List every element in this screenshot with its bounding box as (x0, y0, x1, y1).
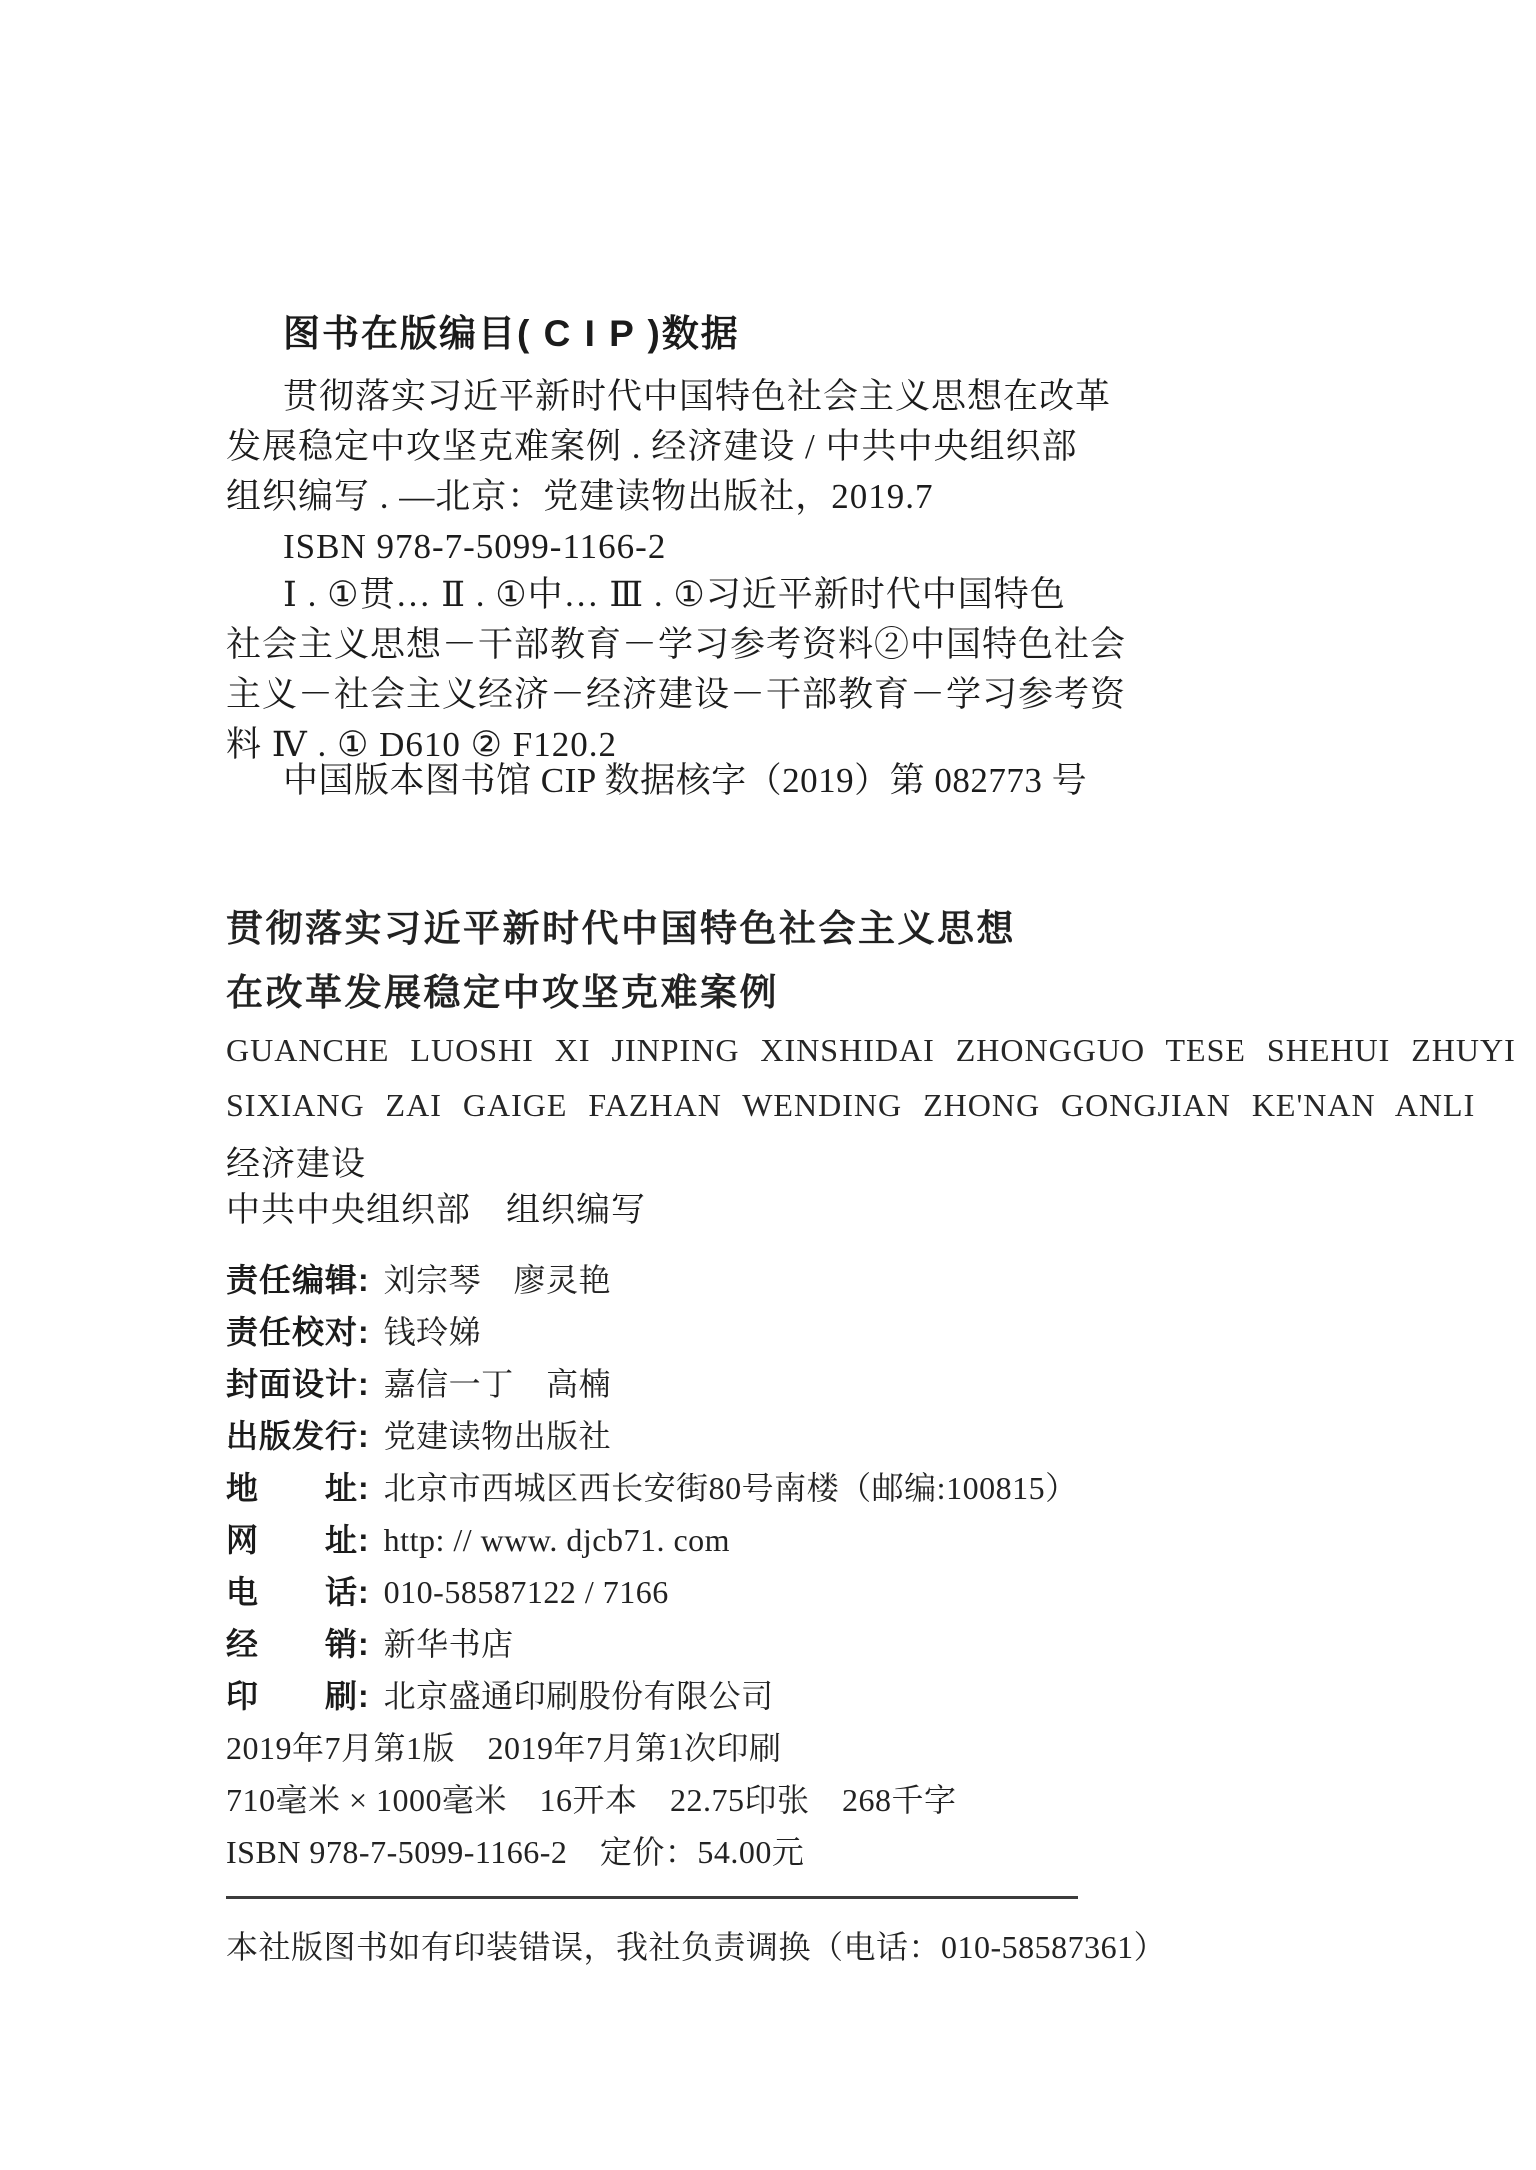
colophon-label: 封面设计: (226, 1366, 370, 1402)
cip-record-number: 中国版本图书馆 CIP 数据核字（2019）第 082773 号 (283, 753, 1087, 803)
volume-title: 经济建设 (226, 1136, 366, 1185)
colophon-label: 网 址: (226, 1522, 370, 1558)
divider-rule (226, 1896, 1078, 1899)
colophon-row-publisher: 出版发行:党建读物出版社 (226, 1410, 1078, 1462)
colophon-value: 党建读物出版社 (384, 1418, 612, 1454)
colophon-row-phone: 电 话:010-58587122 / 7166 (226, 1566, 1078, 1618)
book-title-pinyin-line-2: SIXIANG ZAI GAIGE FAZHAN WENDING ZHONG G… (226, 1087, 1475, 1124)
cip-isbn-line: ISBN 978-7-5099-1166-2 (226, 522, 1111, 572)
cip-heading: 图书在版编目( C I P )数据 (283, 303, 740, 357)
colophon-value: http: // www. djcb71. com (384, 1522, 730, 1558)
cip-description-line-3: 组织编写 . —北京：党建读物出版社，2019.7 (226, 472, 1111, 522)
cip-classification-line-1: Ⅰ . ①贯… Ⅱ . ①中… Ⅲ . ①习近平新时代中国特色 (226, 570, 1126, 620)
colophon-label: 责任编辑: (226, 1262, 370, 1298)
colophon-label: 地 址: (226, 1470, 370, 1506)
book-title: 贯彻落实习近平新时代中国特色社会主义思想 在改革发展稳定中攻坚克难案例 (226, 897, 1016, 1025)
colophon: 责任编辑:刘宗琴 廖灵艳 责任校对:钱玲娣 封面设计:嘉信一丁 高楠 出版发行:… (226, 1254, 1078, 1878)
colophon-row-cover-design: 封面设计:嘉信一丁 高楠 (226, 1358, 1078, 1410)
colophon-row-website: 网 址:http: // www. djcb71. com (226, 1514, 1078, 1566)
cip-classification-line-2: 社会主义思想－干部教育－学习参考资料②中国特色社会 (226, 620, 1126, 670)
colophon-label: 印 刷: (226, 1678, 370, 1714)
book-title-pinyin-line-1: GUANCHE LUOSHI XI JINPING XINSHIDAI ZHON… (226, 1032, 1516, 1069)
colophon-value: 新华书店 (384, 1626, 514, 1662)
colophon-label: 出版发行: (226, 1418, 370, 1454)
author-line: 中共中央组织部 组织编写 (226, 1182, 646, 1231)
book-title-line-2: 在改革发展稳定中攻坚克难案例 (226, 961, 1016, 1025)
cip-description-line-1: 贯彻落实习近平新时代中国特色社会主义思想在改革 (226, 372, 1111, 422)
colophon-value: 北京盛通印刷股份有限公司 (384, 1678, 774, 1714)
colophon-value: 010-58587122 / 7166 (384, 1574, 669, 1610)
colophon-value: 北京市西城区西长安街80号南楼（邮编:100815） (384, 1470, 1078, 1506)
colophon-row-distributor: 经 销:新华书店 (226, 1618, 1078, 1670)
errata-note: 本社版图书如有印装错误，我社负责调换（电话：010-58587361） (226, 1922, 1166, 1968)
colophon-row-editor: 责任编辑:刘宗琴 廖灵艳 (226, 1254, 1078, 1306)
isbn-price-line: ISBN 978-7-5099-1166-2 定价：54.00元 (226, 1826, 1078, 1878)
colophon-row-printer: 印 刷:北京盛通印刷股份有限公司 (226, 1670, 1078, 1722)
colophon-label: 经 销: (226, 1626, 370, 1662)
colophon-label: 电 话: (226, 1574, 370, 1610)
print-format-line: 710毫米 × 1000毫米 16开本 22.75印张 268千字 (226, 1774, 1078, 1826)
cip-description: 贯彻落实习近平新时代中国特色社会主义思想在改革 发展稳定中攻坚克难案例 . 经济… (226, 372, 1111, 572)
cip-description-line-2: 发展稳定中攻坚克难案例 . 经济建设 / 中共中央组织部 (226, 422, 1111, 472)
book-title-line-1: 贯彻落实习近平新时代中国特色社会主义思想 (226, 897, 1016, 961)
print-edition-line: 2019年7月第1版 2019年7月第1次印刷 (226, 1722, 1078, 1774)
colophon-value: 嘉信一丁 高楠 (384, 1366, 612, 1402)
cip-classification: Ⅰ . ①贯… Ⅱ . ①中… Ⅲ . ①习近平新时代中国特色 社会主义思想－干… (226, 570, 1126, 770)
colophon-value: 刘宗琴 廖灵艳 (384, 1262, 612, 1298)
book-copyright-page: 图书在版编目( C I P )数据 贯彻落实习近平新时代中国特色社会主义思想在改… (0, 0, 1536, 2170)
colophon-label: 责任校对: (226, 1314, 370, 1350)
colophon-row-proofreader: 责任校对:钱玲娣 (226, 1306, 1078, 1358)
colophon-row-address: 地 址:北京市西城区西长安街80号南楼（邮编:100815） (226, 1462, 1078, 1514)
colophon-value: 钱玲娣 (384, 1314, 482, 1350)
cip-classification-line-3: 主义－社会主义经济－经济建设－干部教育－学习参考资 (226, 670, 1126, 720)
